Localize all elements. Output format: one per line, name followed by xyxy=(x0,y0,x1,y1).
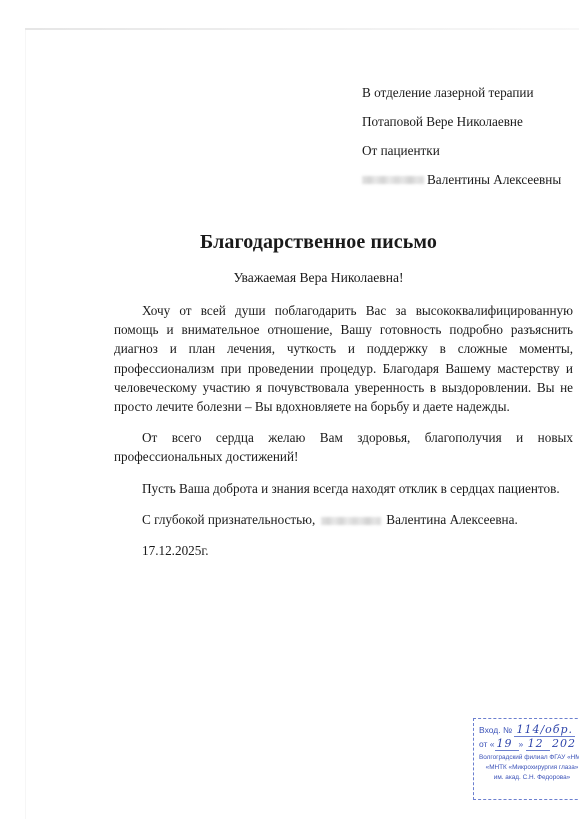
stamp-month: 12 xyxy=(526,737,550,751)
redacted-surname-blur xyxy=(321,517,381,525)
stamp-day: 19 xyxy=(495,737,519,751)
addressee-name: Потаповой Вере Николаевне xyxy=(362,107,561,136)
stamp-incoming-number: 114/обр. xyxy=(514,723,575,737)
addressee-block: В отделение лазерной терапии Потаповой В… xyxy=(362,78,561,194)
stamp-date-row: от «19» 12 202 xyxy=(479,737,579,751)
sender-label: От пациентки xyxy=(362,136,561,165)
scanned-letter-page: В отделение лазерной терапии Потаповой В… xyxy=(0,0,579,819)
letter-salutation: Уважаемая Вера Николаевна! xyxy=(0,270,579,286)
letter-body: Хочу от всей души поблагодарить Вас за в… xyxy=(114,301,573,572)
sender-name-line: Валентины Алексеевны xyxy=(362,165,561,194)
stamp-org-line-3: им. акад. С.Н. Федорова» xyxy=(479,773,579,783)
incoming-registration-stamp: Вход. № 114/обр. от «19» 12 202 Волгогра… xyxy=(473,718,579,800)
stamp-day-close: » xyxy=(519,739,524,749)
stamp-from-label: от « xyxy=(479,739,495,749)
redacted-surname-blur xyxy=(362,176,424,184)
scan-edge-left xyxy=(25,30,26,819)
sender-name: Валентины Алексеевны xyxy=(427,172,561,187)
body-paragraph-1: Хочу от всей души поблагодарить Вас за в… xyxy=(114,301,573,416)
body-paragraph-3: Пусть Ваша доброта и знания всегда наход… xyxy=(114,479,573,498)
stamp-incoming-label: Вход. № xyxy=(479,725,512,735)
letter-date: 17.12.2025г. xyxy=(114,541,573,560)
stamp-org-line-2: «МНТК «Микрохирургия глаза» xyxy=(479,763,579,773)
scan-edge-top xyxy=(25,28,579,30)
stamp-year: 202 xyxy=(552,737,576,750)
letter-title: Благодарственное письмо xyxy=(0,231,579,254)
addressee-department: В отделение лазерной терапии xyxy=(362,78,561,107)
body-paragraph-2: От всего сердца желаю Вам здоровья, благ… xyxy=(114,428,573,466)
stamp-organization: Волгоградский филиал ФГАУ «НМИЦ «МНТК «М… xyxy=(479,753,579,783)
closing-signature: С глубокой признательностью,Валентина Ал… xyxy=(114,510,573,529)
stamp-org-line-1: Волгоградский филиал ФГАУ «НМИЦ xyxy=(479,753,579,763)
closing-name: Валентина Алексеевна. xyxy=(386,512,517,527)
stamp-incoming-row: Вход. № 114/обр. xyxy=(479,723,579,737)
closing-prefix: С глубокой признательностью, xyxy=(142,512,315,527)
